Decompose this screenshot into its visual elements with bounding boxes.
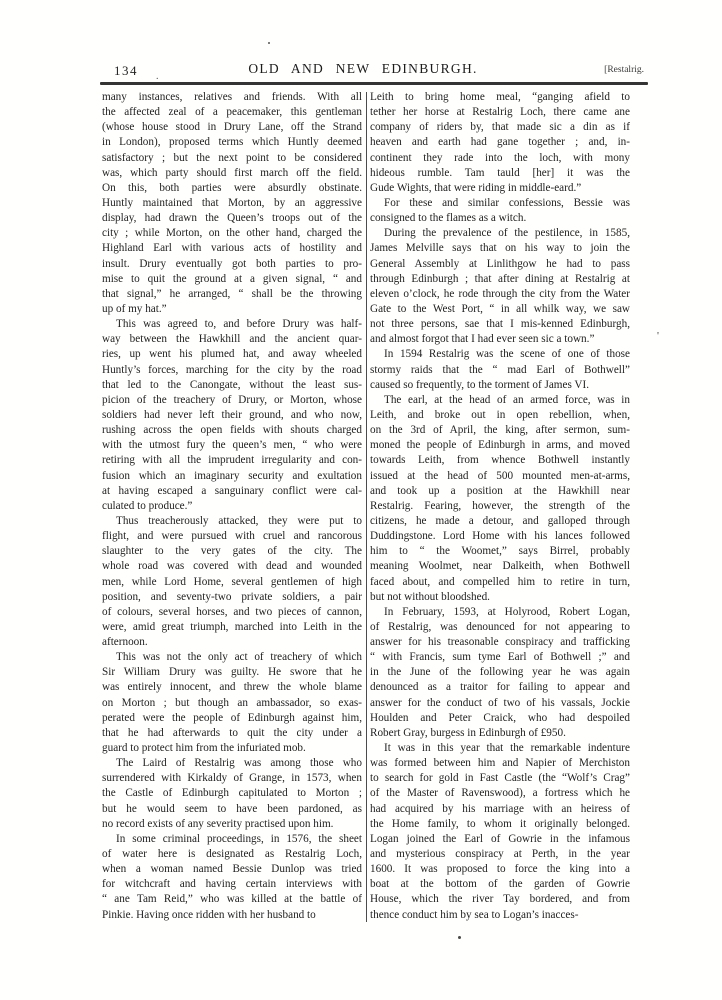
paragraph: During the prevalence of the pestilence,… bbox=[370, 226, 630, 347]
text-line: meaning Woolmet, near Dalkeith, when Bot… bbox=[370, 559, 630, 574]
text-line: whole road was covered with dead and wou… bbox=[102, 559, 362, 574]
text-line: of water here is designated as Restalrig… bbox=[102, 847, 362, 862]
text-line: Gate to the West Port, “ in all whilk wa… bbox=[370, 302, 630, 317]
text-line: were, amid great triumph, marched into L… bbox=[102, 620, 362, 635]
text-line: “ ane Tam Reid,” who was killed at the b… bbox=[102, 892, 362, 907]
paragraph: The earl, at the head of an armed force,… bbox=[370, 393, 630, 605]
text-line: heaven and earth had gane together ; and… bbox=[370, 135, 630, 150]
text-line: Logan joined the Earl of Gowrie in the i… bbox=[370, 832, 630, 847]
text-line: Duddingstone. Lord Home with his lances … bbox=[370, 529, 630, 544]
text-line: the Castle of Edinburgh capitulated to M… bbox=[102, 786, 362, 801]
text-line: and almost forgot that I had ever seen s… bbox=[370, 332, 630, 347]
text-line: Huntly maintained that Morton, by an agg… bbox=[102, 196, 362, 211]
text-line: (whose house stood in Drury Lane, off th… bbox=[102, 120, 362, 135]
text-line: caused so frequently, to the torment of … bbox=[370, 378, 630, 393]
paragraph: In some criminal proceedings, in 1576, t… bbox=[102, 832, 362, 923]
text-line: retiring with all the imprudent irregula… bbox=[102, 453, 362, 468]
paragraph: For these and similar confessions, Bessi… bbox=[370, 196, 630, 226]
text-line: and mysterious conspiracy at Perth, in t… bbox=[370, 847, 630, 862]
header-rule bbox=[100, 82, 648, 85]
text-line: for witchcraft and having certain interv… bbox=[102, 877, 362, 892]
text-line: that led to the Canongate, without the l… bbox=[102, 378, 362, 393]
text-line: no record exists of any severity practis… bbox=[102, 817, 362, 832]
text-line: satisfactory ; but the next point to be … bbox=[102, 151, 362, 166]
text-line: but not without bloodshed. bbox=[370, 590, 630, 605]
text-line: House, which the river Tay bordered, and… bbox=[370, 892, 630, 907]
text-line: James Melville says that on his way to j… bbox=[370, 241, 630, 256]
text-line: guard to protect him from the infuriated… bbox=[102, 741, 362, 756]
text-line: soldiers had never left their ground, an… bbox=[102, 408, 362, 423]
text-line: was, which party should first march off … bbox=[102, 166, 362, 181]
paragraph: This was not the only act of treachery o… bbox=[102, 650, 362, 756]
text-line: position, and seventy-two private soldie… bbox=[102, 590, 362, 605]
text-line: the Home family, to whom it originally b… bbox=[370, 817, 630, 832]
text-line: During the prevalence of the pestilence,… bbox=[370, 226, 630, 241]
text-line: In some criminal proceedings, in 1576, t… bbox=[102, 832, 362, 847]
book-page: 134 . OLD AND NEW EDINBURGH. [Restalrig.… bbox=[0, 0, 722, 1000]
running-head: [Restalrig. bbox=[604, 65, 644, 75]
column-divider bbox=[366, 92, 367, 922]
text-line: when a woman named Bessie Dunlop was tri… bbox=[102, 862, 362, 877]
paragraph: many instances, relatives and friends. W… bbox=[102, 90, 362, 317]
text-line: citizens, he made a detour, and galloped… bbox=[370, 514, 630, 529]
text-line: Gude Wights, that were riding in middle-… bbox=[370, 181, 630, 196]
text-line: The earl, at the head of an armed force,… bbox=[370, 393, 630, 408]
text-line: way between the Hawkhill and the ancient… bbox=[102, 332, 362, 347]
text-line: insult. Drury eventually got both partie… bbox=[102, 257, 362, 272]
text-line: answer for the conduct of two of his vas… bbox=[370, 696, 630, 711]
text-line: in the June of the following year he was… bbox=[370, 665, 630, 680]
text-line: This was agreed to, and before Drury was… bbox=[102, 317, 362, 332]
text-line: at having escaped a sanguinary conflict … bbox=[102, 484, 362, 499]
text-line: Thus treacherously attacked, they were p… bbox=[102, 514, 362, 529]
text-content: many instances, relatives and friends. W… bbox=[102, 90, 630, 923]
text-line: moned the people of Edinburgh in arms, a… bbox=[370, 438, 630, 453]
right-column: Leith to bring home meal, “ganging afiel… bbox=[370, 90, 630, 923]
text-line: In February, 1593, at Holyrood, Robert L… bbox=[370, 605, 630, 620]
text-line: surrendered with Kirkaldy of Grange, in … bbox=[102, 771, 362, 786]
text-line: flight, and were pursued with cruel and … bbox=[102, 529, 362, 544]
text-line: had acquired by his marriage with an hei… bbox=[370, 802, 630, 817]
text-line: display, had drawn the Queen’s troops ou… bbox=[102, 211, 362, 226]
text-line: 1600. It was proposed to force the king … bbox=[370, 862, 630, 877]
text-line: The Laird of Restalrig was among those w… bbox=[102, 756, 362, 771]
text-line: that he had afterwards to quit the city … bbox=[102, 726, 362, 741]
paragraph: This was agreed to, and before Drury was… bbox=[102, 317, 362, 514]
text-line: was formed between him and Napier of Mer… bbox=[370, 756, 630, 771]
left-column: many instances, relatives and friends. W… bbox=[102, 90, 362, 923]
text-line: but he would seem to have been pardoned,… bbox=[102, 802, 362, 817]
text-line: not three persons, sae that I mis-kenned… bbox=[370, 317, 630, 332]
text-line: company of riders by, that made sic a di… bbox=[370, 120, 630, 135]
text-line: was entirely innocent, and threw the who… bbox=[102, 680, 362, 695]
text-line: slaughter to the very gates of the city.… bbox=[102, 544, 362, 559]
paragraph: Thus treacherously attacked, they were p… bbox=[102, 514, 362, 650]
text-line: In 1594 Restalrig was the scene of one o… bbox=[370, 347, 630, 362]
text-line: hideous rumble. Tam tauld [her] it was t… bbox=[370, 166, 630, 181]
text-line: rushing across the open fields with shou… bbox=[102, 423, 362, 438]
text-line: faced about, and compelled him to retire… bbox=[370, 575, 630, 590]
paragraph: The Laird of Restalrig was among those w… bbox=[102, 756, 362, 832]
text-line: ries, up went his plumed hat, and away w… bbox=[102, 347, 362, 362]
text-line: with the utmost fury the queen’s men, “ … bbox=[102, 438, 362, 453]
text-line: boat at the bottom of the garden of Gowr… bbox=[370, 877, 630, 892]
paragraph: Leith to bring home meal, “ganging afiel… bbox=[370, 90, 630, 196]
text-line: picion of the treachery of Drury, or Mor… bbox=[102, 393, 362, 408]
text-line: Sir William Drury was guilty. He swore t… bbox=[102, 665, 362, 680]
page-header: 134 . OLD AND NEW EDINBURGH. [Restalrig. bbox=[100, 61, 646, 81]
text-line: culated to produce.” bbox=[102, 499, 362, 514]
text-line: the affected zeal of a peacemaker, this … bbox=[102, 105, 362, 120]
text-line: General Assembly at Linlithgow he had to… bbox=[370, 257, 630, 272]
text-line: consigned to the flames as a witch. bbox=[370, 211, 630, 226]
text-line: of the Master of Ravenswood), a fortress… bbox=[370, 786, 630, 801]
page-title: OLD AND NEW EDINBURGH. bbox=[100, 61, 626, 77]
text-line: It was in this year that the remarkable … bbox=[370, 741, 630, 756]
text-line: men, while Lord Home, several gentlemen … bbox=[102, 575, 362, 590]
text-line: For these and similar confessions, Bessi… bbox=[370, 196, 630, 211]
text-line: Leith, and broke out in open rebellion, … bbox=[370, 408, 630, 423]
text-line: stormy raids that the “ mad Earl of Both… bbox=[370, 363, 630, 378]
text-line: Huntly’s forces, marching for the city b… bbox=[102, 363, 362, 378]
text-line: mise to quit the ground at a given signa… bbox=[102, 272, 362, 287]
paragraph: In February, 1593, at Holyrood, Robert L… bbox=[370, 605, 630, 741]
text-line: to search for gold in Fast Castle (the “… bbox=[370, 771, 630, 786]
text-line: on Morton ; but though an ambassador, so… bbox=[102, 696, 362, 711]
text-line: continent they rade into the loch, with … bbox=[370, 151, 630, 166]
text-line: through Edinburgh ; that after dining at… bbox=[370, 272, 630, 287]
text-line: Restalrig. Fearing, however, the strengt… bbox=[370, 499, 630, 514]
text-line: him to “ the Woomet,” says Birrel, proba… bbox=[370, 544, 630, 559]
text-line: of Restalrig, was denounced for not appe… bbox=[370, 620, 630, 635]
text-line: issued at the head of 500 mounted men-at… bbox=[370, 469, 630, 484]
text-line: that signal,” he arranged, “ shall be th… bbox=[102, 287, 362, 302]
paragraph: It was in this year that the remarkable … bbox=[370, 741, 630, 923]
ink-speck-top bbox=[268, 42, 270, 44]
text-line: Highland Earl with various acts of hosti… bbox=[102, 241, 362, 256]
paragraph: In 1594 Restalrig was the scene of one o… bbox=[370, 347, 630, 392]
text-line: Robert Gray, burgess in Edinburgh of £95… bbox=[370, 726, 630, 741]
text-line: Pinkie. Having once ridden with her husb… bbox=[102, 908, 362, 923]
text-line: “ with Francis, sum tyme Earl of Bothwel… bbox=[370, 650, 630, 665]
text-line: tether her horse at Restalrig Loch, ther… bbox=[370, 105, 630, 120]
text-line: up of my hat.” bbox=[102, 302, 362, 317]
text-line: answer for his treasonable conspiracy an… bbox=[370, 635, 630, 650]
text-line: on the 3rd of April, the king, after ser… bbox=[370, 423, 630, 438]
ink-speck-bottom bbox=[458, 936, 461, 939]
text-line: of colours, several horses, and two piec… bbox=[102, 605, 362, 620]
text-line: many instances, relatives and friends. W… bbox=[102, 90, 362, 105]
margin-mark: ' bbox=[657, 330, 659, 342]
text-line: Houlden and Peter Craick, who had despoi… bbox=[370, 711, 630, 726]
text-line: On this, both parties were absurdly obst… bbox=[102, 181, 362, 196]
text-line: eleven o’clock, he rode through the city… bbox=[370, 287, 630, 302]
text-line: and took up a position at the Hawkhill n… bbox=[370, 484, 630, 499]
text-line: afternoon. bbox=[102, 635, 362, 650]
text-line: thence conduct him by sea to Logan’s ina… bbox=[370, 908, 630, 923]
text-line: Leith to bring home meal, “ganging afiel… bbox=[370, 90, 630, 105]
text-line: perated were the people of Edinburgh aga… bbox=[102, 711, 362, 726]
text-line: fusion which an imaginary security and e… bbox=[102, 469, 362, 484]
text-line: in London), proposed terms which Huntly … bbox=[102, 135, 362, 150]
text-line: towards Leith, from whence Bothwell inst… bbox=[370, 453, 630, 468]
text-line: This was not the only act of treachery o… bbox=[102, 650, 362, 665]
text-line: denounced as a traitor for failing to ap… bbox=[370, 680, 630, 695]
text-line: city ; while Morton, on the other hand, … bbox=[102, 226, 362, 241]
